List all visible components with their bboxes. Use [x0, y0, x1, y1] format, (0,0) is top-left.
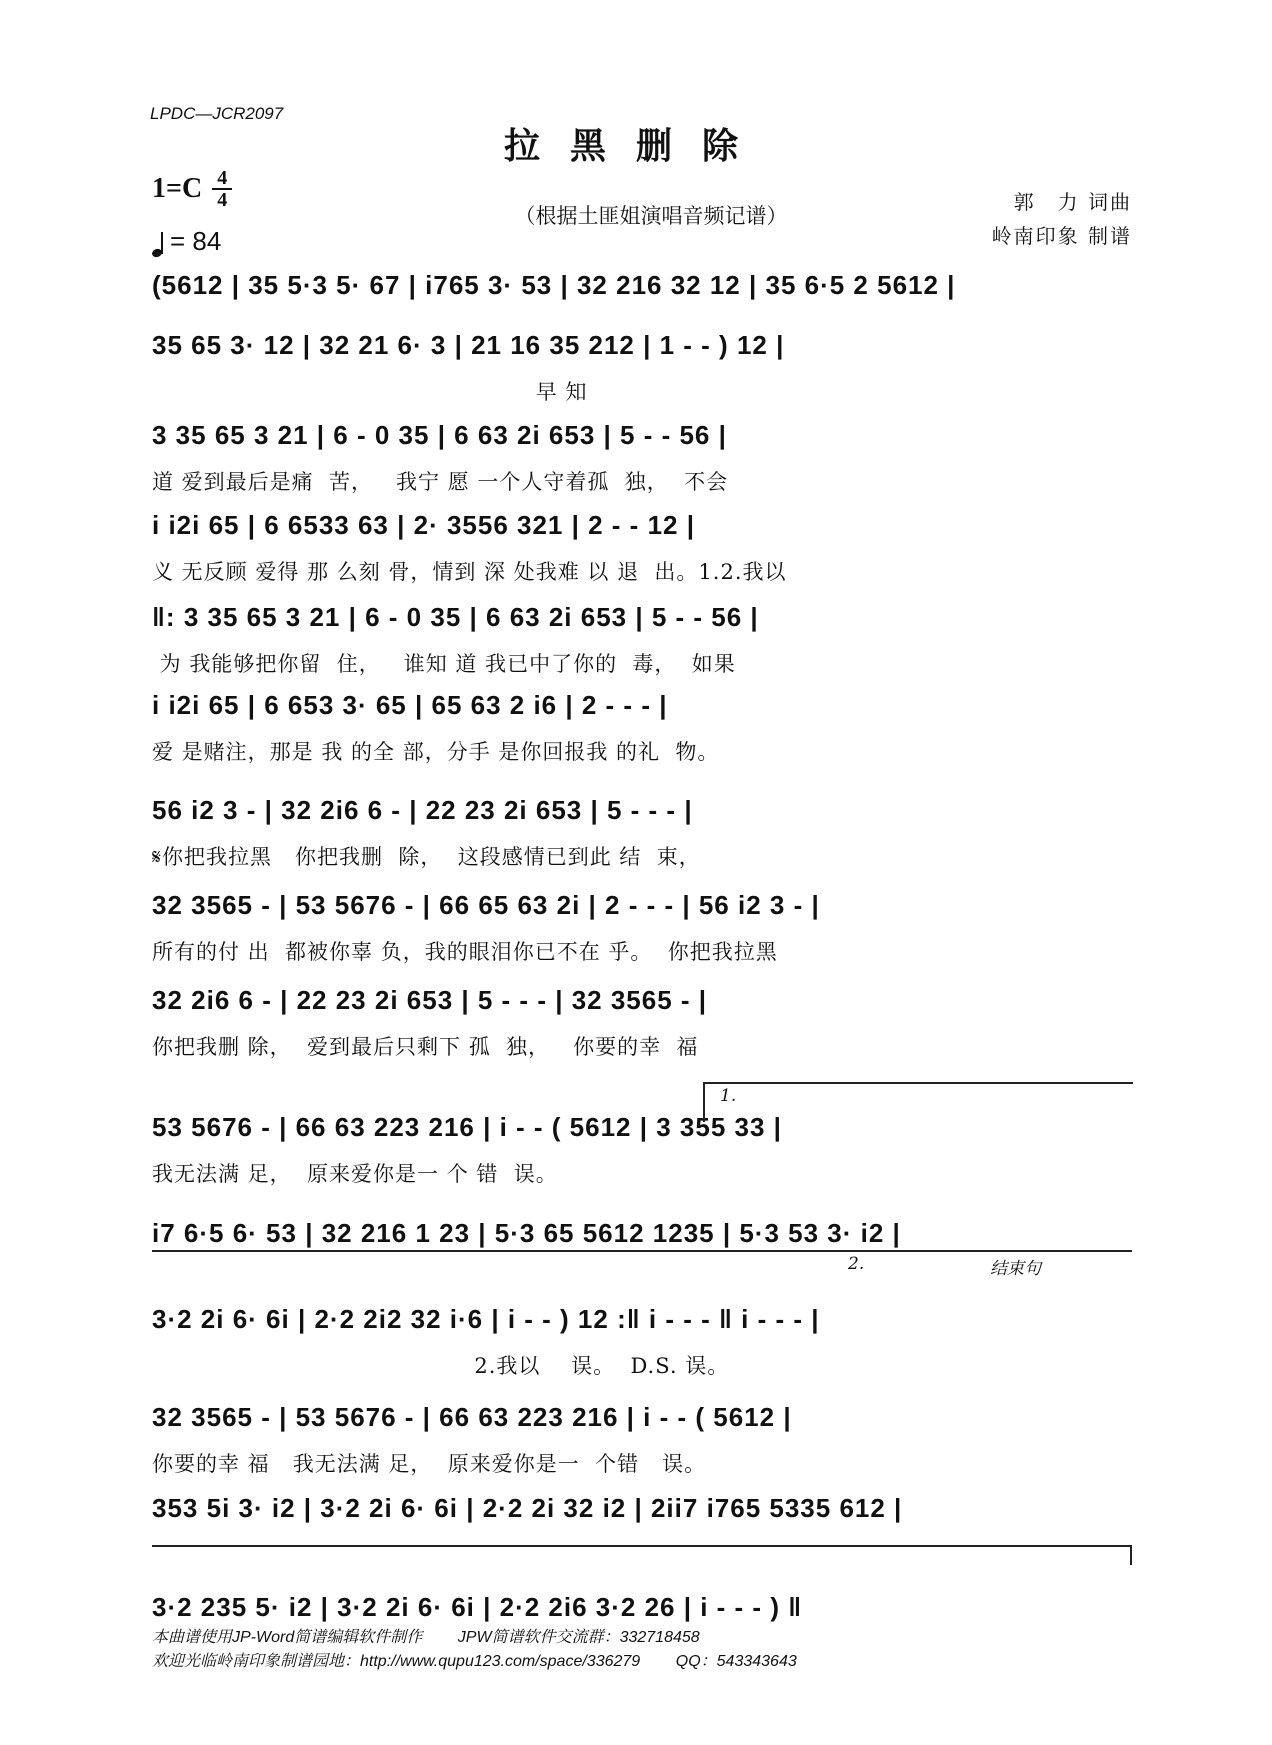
- first-ending-bracket: [703, 1082, 1133, 1084]
- notation-row: 56 i2 3 - | 32 2i6 6 - | 22 23 2i 653 | …: [152, 795, 1132, 826]
- notation-row: i i2i 65 | 6 6533 63 | 2· 3556 321 | 2 -…: [152, 510, 1132, 541]
- lyrics-row: 爱 是赌注，那是 我 的全 部，分手 是你回报我 的礼 物。: [152, 736, 1132, 766]
- footer-qq: QQ：543343643: [676, 1653, 797, 1670]
- notation-row: ‖: 3 35 65 3 21 | 6 - 0 35 | 6 63 2i 653…: [152, 602, 1132, 633]
- transcriber: 岭南印象 制谱: [992, 220, 1132, 249]
- lyrics-row: 为 我能够把你留 住， 谁知 道 我已中了你的 毒， 如果: [152, 648, 1132, 678]
- lyrics-row: 我无法满 足， 原来爱你是一 个 错 误。: [152, 1158, 1132, 1188]
- footer-line-2: 欢迎光临岭南印象制谱园地：http://www.qupu123.com/spac…: [152, 1648, 797, 1671]
- notation-row: 3·2 235 5· i2 | 3·2 2i 6· 6i | 2·2 2i6 3…: [152, 1592, 1132, 1623]
- lyrics-row: 道 爱到最后是痛 苦， 我宁 愿 一个人守着孤 独， 不会: [152, 466, 1132, 496]
- quarter-note-icon: [152, 231, 166, 257]
- lyrics-row: 2.我以 误。 D.S. 误。: [152, 1350, 1132, 1380]
- coda-span-line: [152, 1545, 1132, 1547]
- lyrics-row: 所有的付 出 都被你辜 负，我的眼泪你已不在 乎。 你把我拉黑: [152, 936, 1132, 966]
- lyrics-row: 𝄋你把我拉黑 你把我删 除， 这段感情已到此 结 束，: [152, 841, 1132, 871]
- notation-row: 53 5676 - | 66 63 223 216 | i - - ( 5612…: [152, 1112, 1132, 1143]
- notation-row: 32 2i6 6 - | 22 23 2i 653 | 5 - - - | 32…: [152, 985, 1132, 1016]
- lyrics-row: 你把我删 除， 爱到最后只剩下 孤 独， 你要的幸 福: [152, 1031, 1132, 1061]
- footer-group: JPW简谱软件交流群：332718458: [458, 1629, 700, 1646]
- lyrics-row: 义 无反顾 爱得 那 么刻 骨，情到 深 处我难 以 退 出。1.2.我以: [152, 556, 1132, 586]
- coda-span-line-end: [1130, 1545, 1132, 1565]
- ending-phrase-label: 结束句: [990, 1254, 1041, 1279]
- tempo-marking: = 84: [152, 226, 221, 257]
- notation-row: i7 6·5 6· 53 | 32 216 1 23 | 5·3 65 5612…: [152, 1218, 1132, 1249]
- footer-line-1: 本曲谱使用JP-Word简谱编辑软件制作 JPW简谱软件交流群：33271845…: [152, 1624, 700, 1647]
- lyrics-row: 早 知: [152, 376, 1132, 406]
- notation-row: (5612 | 35 5·3 5· 67 | i765 3· 53 | 32 2…: [152, 270, 1132, 301]
- footer-software: 本曲谱使用JP-Word简谱编辑软件制作: [152, 1629, 422, 1646]
- time-sig-top: 4: [217, 168, 227, 188]
- first-ending-label: 1.: [720, 1086, 736, 1106]
- notation-row: 3·2 2i 6· 6i | 2·2 2i2 32 i·6 | i - - ) …: [152, 1304, 1132, 1335]
- notation-row: 32 3565 - | 53 5676 - | 66 65 63 2i | 2 …: [152, 890, 1132, 921]
- tempo-value: = 84: [170, 226, 221, 257]
- notation-row: 3 35 65 3 21 | 6 - 0 35 | 6 63 2i 653 | …: [152, 420, 1132, 451]
- notation-row: 353 5i 3· i2 | 3·2 2i 6· 6i | 2·2 2i 32 …: [152, 1493, 1132, 1524]
- lyrics-row: 你要的幸 福 我无法满 足， 原来爱你是一 个错 误。: [152, 1448, 1132, 1478]
- first-ending-bracket-left: [703, 1082, 705, 1122]
- notation-row: 32 3565 - | 53 5676 - | 66 63 223 216 | …: [152, 1402, 1132, 1433]
- second-ending-label: 2.: [848, 1254, 864, 1274]
- repeat-span-line: [152, 1250, 1132, 1252]
- lyricist-composer: 郭 力 词曲: [1014, 186, 1132, 215]
- notation-row: 35 65 3· 12 | 32 21 6· 3 | 21 16 35 212 …: [152, 330, 1132, 361]
- notation-row: i i2i 65 | 6 653 3· 65 | 65 63 2 i6 | 2 …: [152, 690, 1132, 721]
- song-title: 拉黑删除: [0, 118, 1272, 169]
- footer-website[interactable]: 欢迎光临岭南印象制谱园地：http://www.qupu123.com/spac…: [152, 1653, 640, 1670]
